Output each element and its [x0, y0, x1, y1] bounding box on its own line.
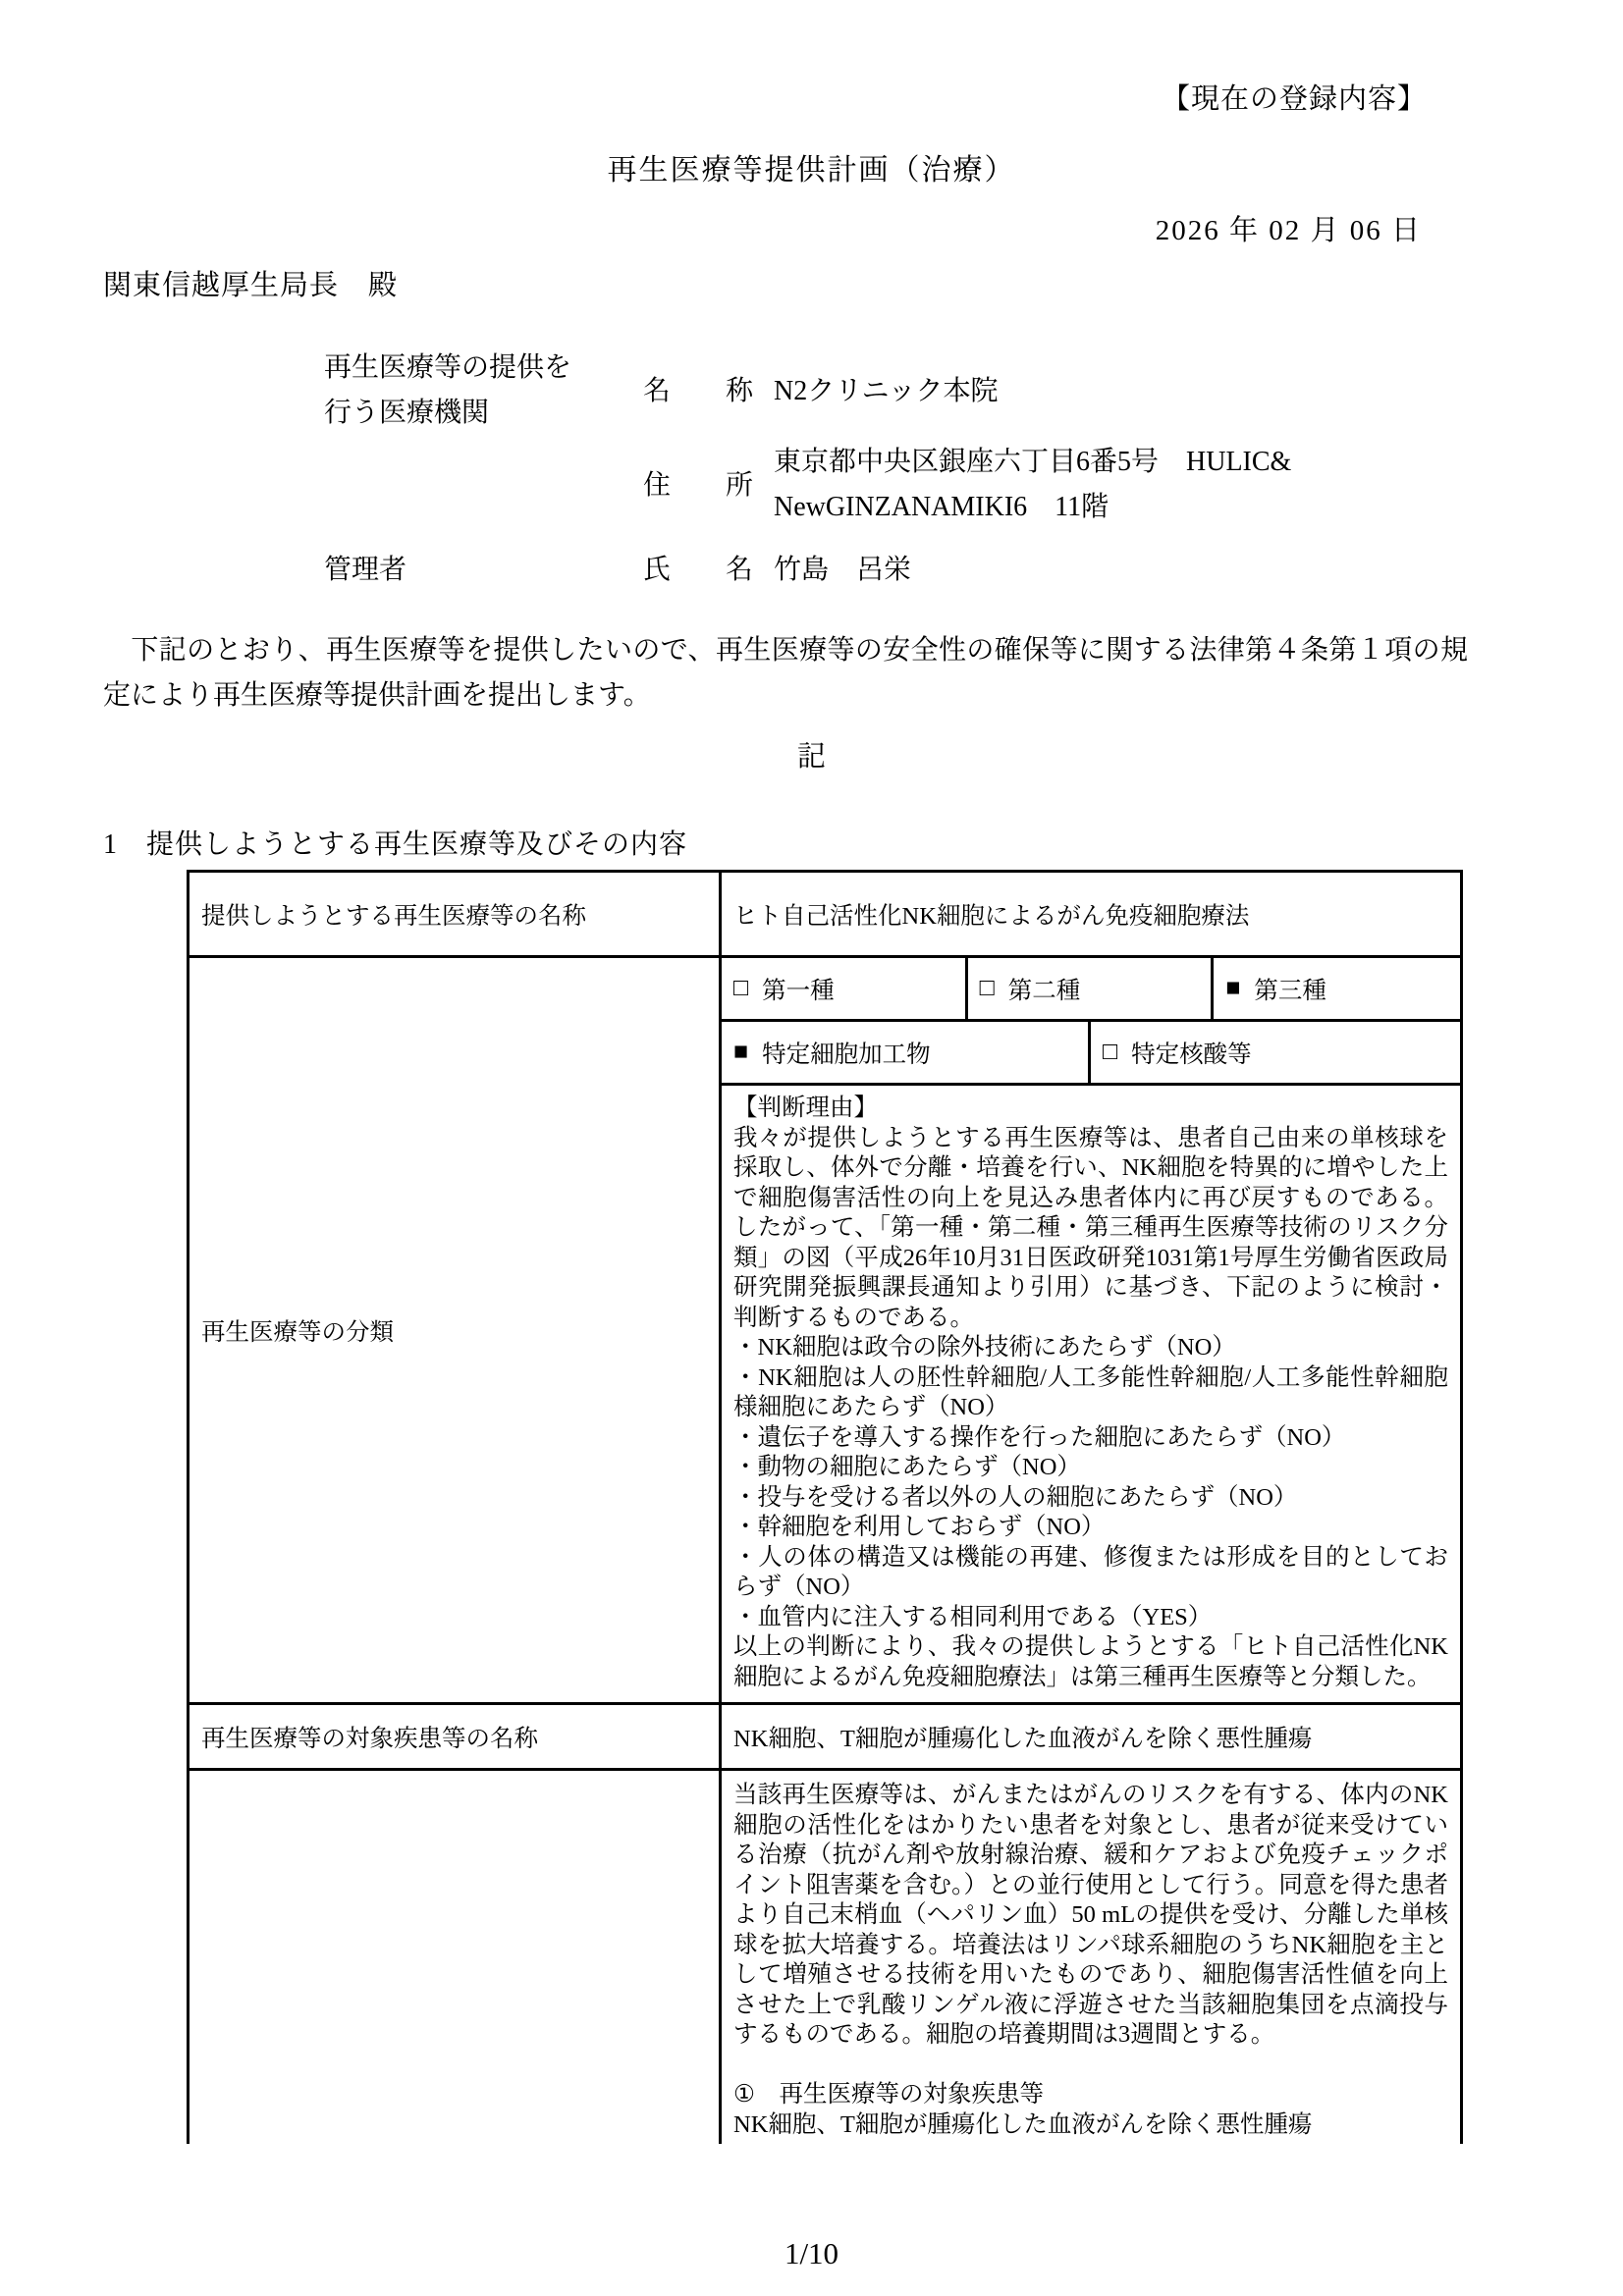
checkbox-unchecked-icon: □ [733, 975, 748, 1002]
class-type-options-row: □ 第一種 □ 第二種 ■ 第三種 [722, 958, 1460, 1022]
classification-judgment-text: 【判断理由】 我々が提供しようとする再生医療等は、患者自己由来の単核球を採取し、… [722, 1086, 1460, 1702]
manager-name-value: 竹島 呂栄 [774, 548, 911, 587]
document-date: 2026 年 02 月 06 日 [1156, 208, 1422, 248]
description-label-empty [189, 1770, 721, 2145]
medical-institution-label: 再生医療等の提供を 行う医療機関 [324, 346, 571, 436]
registration-status-label: 【現在の登録内容】 [1162, 77, 1427, 117]
table-row-therapy-name: 提供しようとする再生医療等の名称 ヒト自己活性化NK細胞によるがん免疫細胞療法 [189, 872, 1462, 957]
ki-marker: 記 [0, 734, 1623, 774]
option-class-3: ■ 第三種 [1214, 958, 1460, 1019]
page-number: 1/10 [0, 2236, 1623, 2271]
document-page: 【現在の登録内容】 再生医療等提供計画（治療） 2026 年 02 月 06 日… [0, 0, 1623, 2296]
checkbox-checked-icon: ■ [1225, 975, 1240, 1002]
target-disease-value: NK細胞、T細胞が腫瘍化した血液がんを除く悪性腫瘍 [721, 1704, 1462, 1770]
section1-heading: 1 提供しようとする再生医療等及びその内容 [103, 823, 687, 862]
option-class-1: □ 第一種 [722, 958, 968, 1019]
therapy-name-label: 提供しようとする再生医療等の名称 [189, 872, 721, 957]
institution-name-value: N2クリニック本院 [774, 369, 999, 408]
option-label: 特定核酸等 [1131, 1036, 1252, 1070]
institution-address-label: 住 所 [643, 463, 753, 503]
therapy-name-value: ヒト自己活性化NK細胞によるがん免疫細胞療法 [721, 872, 1462, 957]
classification-value-cell: □ 第一種 □ 第二種 ■ 第三種 ■ 特定細胞加工物 [721, 957, 1462, 1704]
checkbox-unchecked-icon: □ [980, 975, 995, 1002]
submission-statement: 下記のとおり、再生医療等を提供したいので、再生医療等の安全性の確保等に関する法律… [103, 628, 1468, 719]
manager-name-label: 氏 名 [643, 548, 753, 587]
option-label: 特定細胞加工物 [762, 1036, 931, 1070]
document-title: 再生医療等提供計画（治療） [0, 145, 1623, 188]
option-label: 第二種 [1008, 972, 1081, 1006]
option-specific-nucleic-acid: □ 特定核酸等 [1091, 1022, 1460, 1083]
product-type-options-row: ■ 特定細胞加工物 □ 特定核酸等 [722, 1022, 1460, 1086]
table-row-classification: 再生医療等の分類 □ 第一種 □ 第二種 ■ 第三種 [189, 957, 1462, 1704]
table-row-description: 当該再生医療等は、がんまたはがんのリスクを有する、体内のNK細胞の活性化をはかり… [189, 1770, 1462, 2145]
manager-label: 管理者 [324, 548, 406, 587]
checkbox-unchecked-icon: □ [1103, 1039, 1117, 1066]
provision-plan-table: 提供しようとする再生医療等の名称 ヒト自己活性化NK細胞によるがん免疫細胞療法 … [187, 870, 1463, 2144]
table-row-target-disease: 再生医療等の対象疾患等の名称 NK細胞、T細胞が腫瘍化した血液がんを除く悪性腫瘍 [189, 1704, 1462, 1770]
option-processed-cells: ■ 特定細胞加工物 [722, 1022, 1091, 1083]
addressee-line: 関東信越厚生局長 殿 [103, 263, 398, 303]
classification-label: 再生医療等の分類 [189, 957, 721, 1704]
option-class-2: □ 第二種 [968, 958, 1215, 1019]
checkbox-checked-icon: ■ [733, 1039, 748, 1066]
institution-address-value: 東京都中央区銀座六丁目6番5号 HULIC& NewGINZANAMIKI6 1… [774, 440, 1291, 530]
therapy-description-text: 当該再生医療等は、がんまたはがんのリスクを有する、体内のNK細胞の活性化をはかり… [721, 1770, 1462, 2145]
institution-name-label: 名 称 [643, 369, 753, 408]
option-label: 第一種 [762, 972, 835, 1006]
target-disease-label: 再生医療等の対象疾患等の名称 [189, 1704, 721, 1770]
option-label: 第三種 [1254, 972, 1326, 1006]
